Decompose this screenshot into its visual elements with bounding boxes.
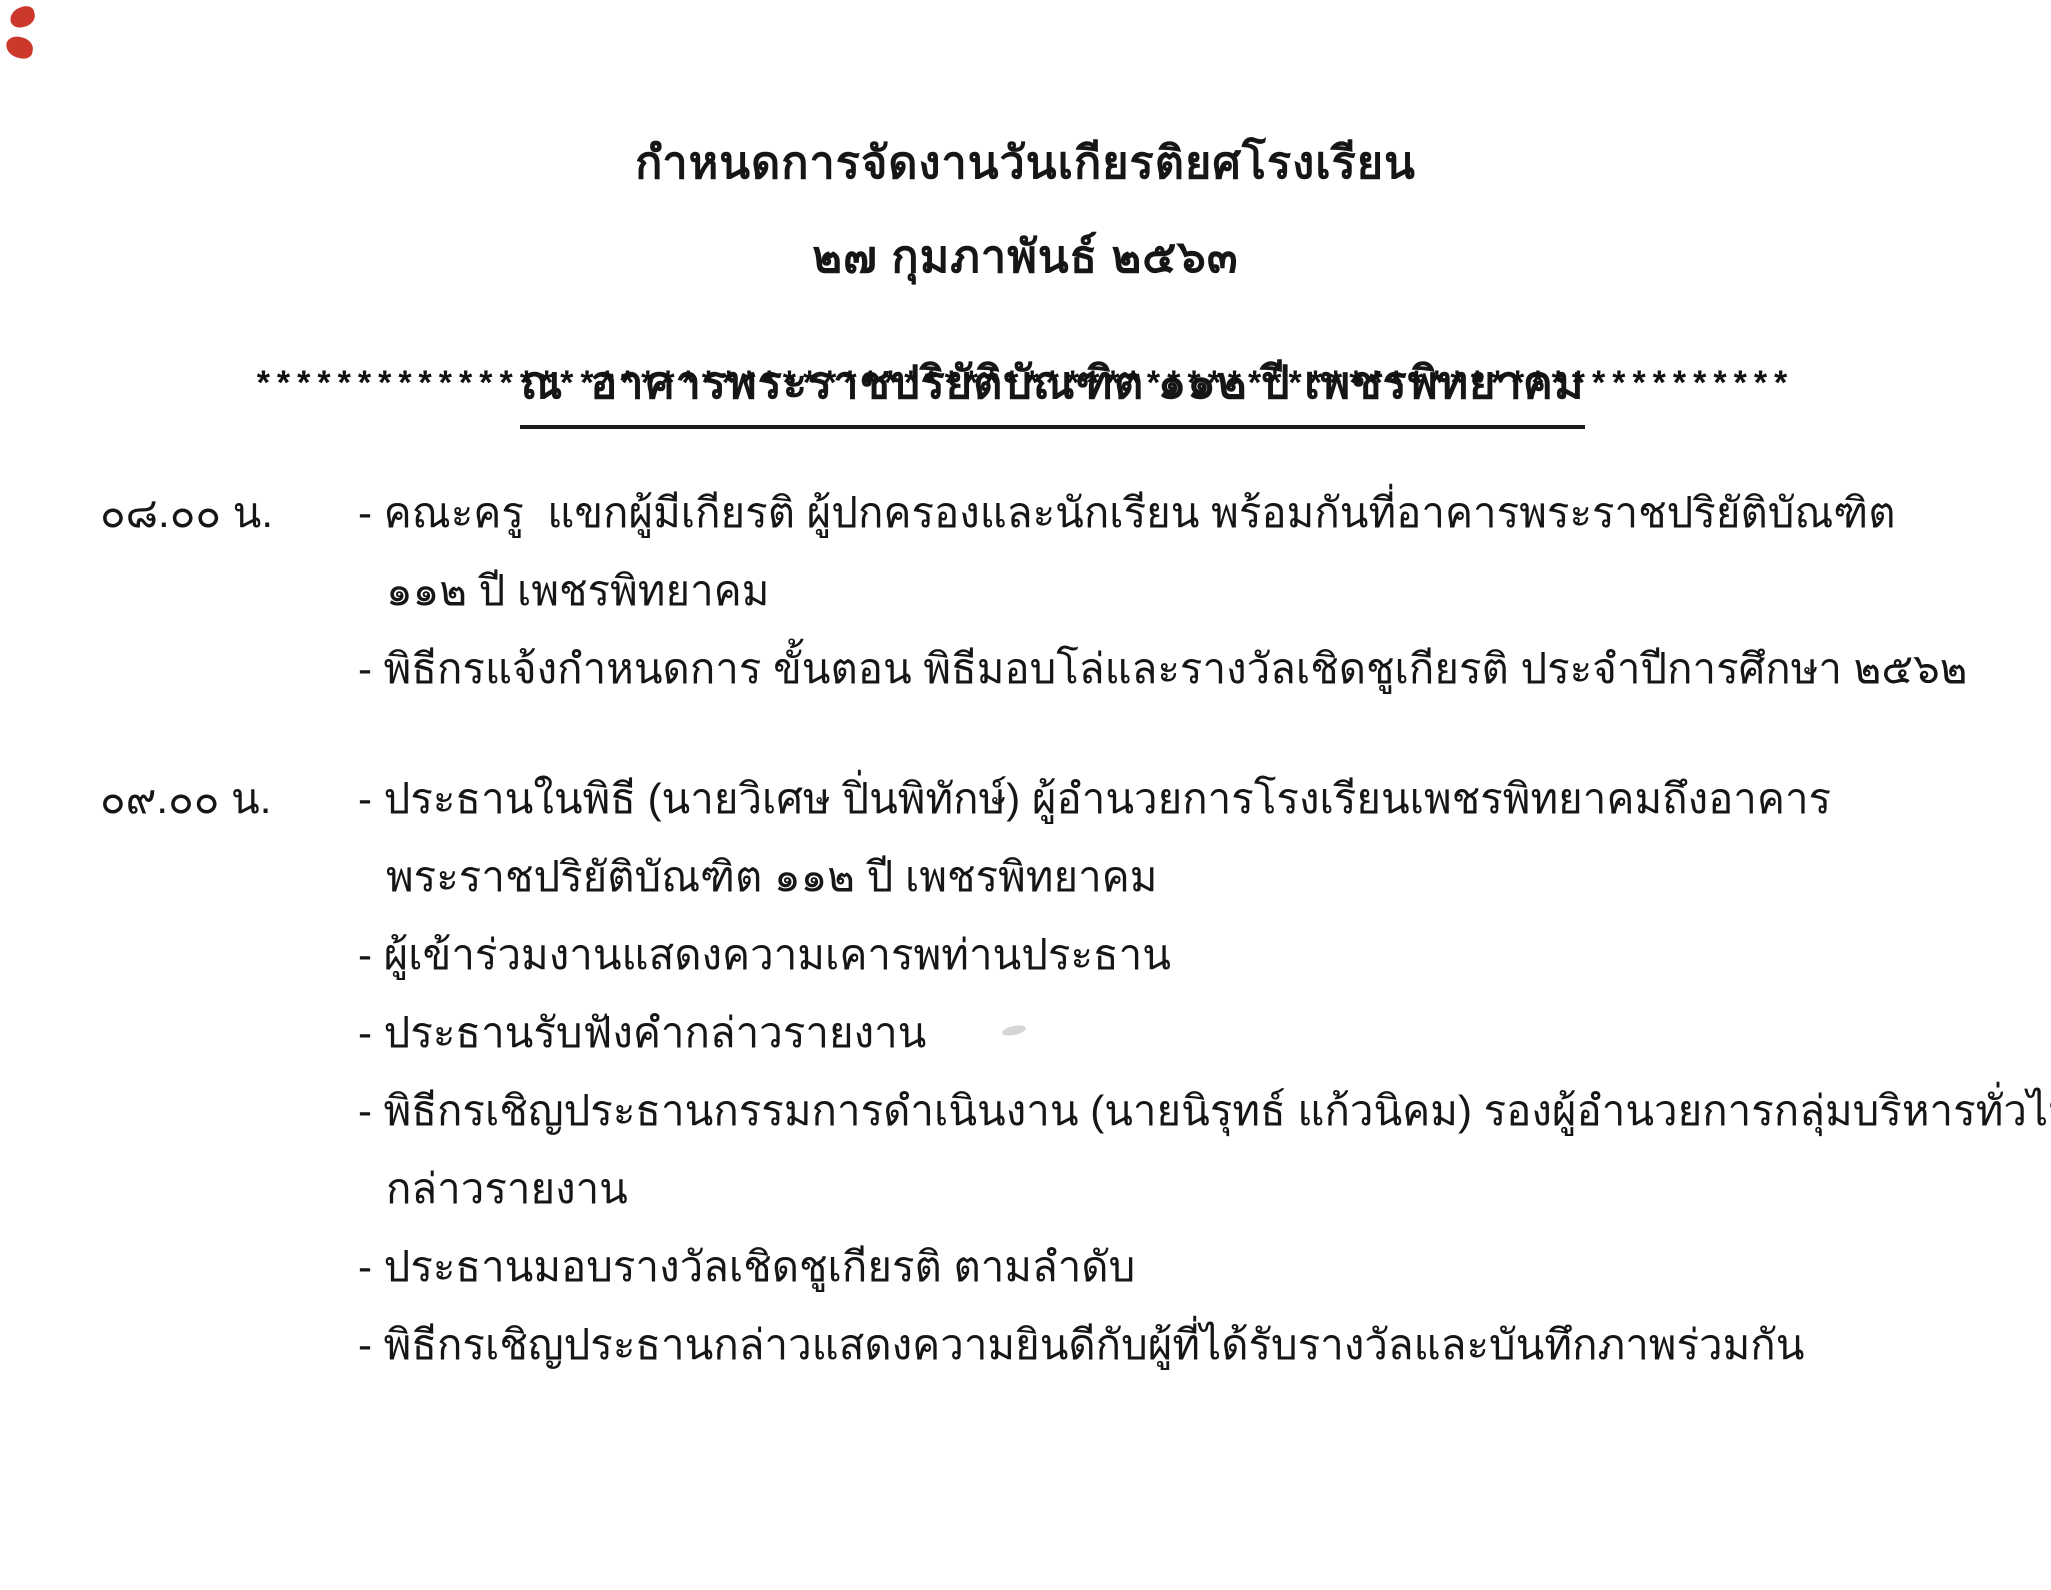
schedule-items: - คณะครู แขกผู้มีเกียรติ ผู้ปกครองและนัก… — [358, 474, 2031, 708]
red-pen-mark-top — [8, 4, 37, 29]
asterisk-separator: ****************************************… — [0, 364, 2051, 403]
schedule-items: - ประธานในพิธี (นายวิเศษ ปิ่นพิทักษ์) ผู… — [358, 760, 2031, 1384]
schedule-line-continuation: กล่าวรายงาน — [358, 1150, 2031, 1228]
scanned-document-page: กำหนดการจัดงานวันเกียรติยศโรงเรียน ๒๗ กุ… — [0, 0, 2051, 1590]
document-title: กำหนดการจัดงานวันเกียรติยศโรงเรียน — [0, 126, 2051, 198]
schedule-time: ๐๘.๐๐ น. — [100, 474, 273, 552]
schedule-time: ๐๙.๐๐ น. — [100, 760, 271, 838]
schedule-line: - พิธีกรเชิญประธานกล่าวแสดงความยินดีกับผ… — [358, 1306, 2031, 1384]
schedule-line: - ผู้เข้าร่วมงานแสดงความเคารพท่านประธาน — [358, 916, 2031, 994]
schedule-line: - พิธีกรแจ้งกำหนดการ ขั้นตอน พิธีมอบโล่แ… — [358, 630, 2031, 708]
schedule-line: - คณะครู แขกผู้มีเกียรติ ผู้ปกครองและนัก… — [358, 474, 2031, 552]
document-date: ๒๗ กุมภาพันธ์ ๒๕๖๓ — [0, 220, 2051, 292]
schedule-line: - พิธีกรเชิญประธานกรรมการดำเนินงาน (นายน… — [358, 1072, 2031, 1150]
schedule-line: - ประธานมอบรางวัลเชิดชูเกียรติ ตามลำดับ — [358, 1228, 2031, 1306]
schedule-line-continuation: ๑๑๒ ปี เพชรพิทยาคม — [358, 552, 2031, 630]
schedule-line: - ประธานในพิธี (นายวิเศษ ปิ่นพิทักษ์) ผู… — [358, 760, 2031, 838]
schedule-line-continuation: พระราชปริยัติบัณฑิต ๑๑๒ ปี เพชรพิทยาคม — [358, 838, 2031, 916]
schedule-line: - ประธานรับฟังคำกล่าวรายงาน — [358, 994, 2031, 1072]
red-pen-mark-bottom — [5, 35, 35, 60]
